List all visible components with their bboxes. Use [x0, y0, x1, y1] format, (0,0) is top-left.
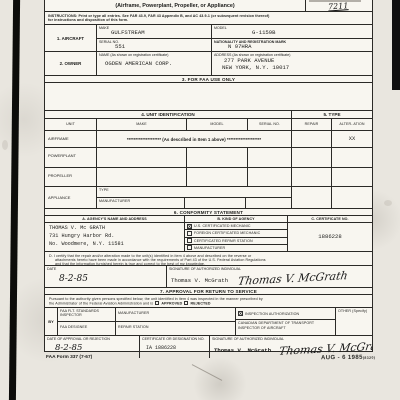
- scan-smudge: [2, 140, 8, 150]
- scan-scratch-mark: [192, 364, 222, 381]
- scan-black-bar-right: [392, 0, 400, 90]
- model-value: G-1159B: [252, 30, 372, 36]
- signature-script: Thomas V. McGrath: [237, 269, 349, 287]
- col-serial: SERIAL NO.: [248, 119, 292, 130]
- by-label: BY: [45, 308, 58, 335]
- section-4-header-row: 4. UNIT IDENTIFICATION 5. TYPE: [45, 111, 372, 119]
- by-repair-station: REPAIR STATION: [116, 322, 235, 335]
- aircraft-make-cell: MAKE GULFSTREAM: [97, 25, 212, 38]
- section-6-header: 6. CONFORMITY STATEMENT: [45, 209, 372, 216]
- office-id-handwritten: 7211: [328, 0, 372, 11]
- unit-columns-row: UNIT MAKE MODEL SERIAL NO. REPAIR ALTER-…: [45, 119, 372, 131]
- col-kind-of-agency: B. KIND OF AGENCY: [185, 216, 288, 222]
- kind-label: FOREIGN CERTIFICATED MECHANIC: [194, 231, 260, 235]
- registration-value: N 97HRA: [228, 44, 372, 50]
- by-faa-flt-standards: FAA FLT. STANDARDS INSPECTOR: [58, 308, 116, 321]
- owner-address-cell: ADDRESS (As shown on registration certif…: [212, 52, 372, 75]
- approval-cert-value: IA 1886228: [146, 345, 209, 351]
- airframe-repair-cell: [292, 131, 332, 147]
- certificate-no-value: 1886228: [318, 234, 342, 240]
- kind-manufacturer: MANUFACTURER: [185, 245, 287, 251]
- section-1-aircraft: 1. AIRCRAFT MAKE GULFSTREAM MODEL G-1159…: [45, 25, 372, 52]
- kind-label: U.S. CERTIFICATED MECHANIC: [194, 224, 251, 228]
- powerplant-label: POWERPLANT: [45, 148, 97, 167]
- propeller-serial-cell: [248, 168, 292, 186]
- appliance-alteration-cell: [332, 187, 372, 208]
- propeller-alteration-cell: [332, 168, 372, 186]
- rejected-checkbox: [184, 301, 188, 305]
- kind-foreign-certificated-mechanic: FOREIGN CERTIFICATED MECHANIC: [185, 230, 287, 237]
- scan-black-stripe-left: [9, 0, 20, 400]
- powerplant-model-cell: [187, 148, 248, 167]
- by-manufacturer: MANUFACTURER: [116, 308, 235, 321]
- by-other-specify: OTHER (Specify): [336, 308, 372, 335]
- kind-us-certificated-mechanic: X U.S. CERTIFICATED MECHANIC: [185, 223, 287, 230]
- kind-certificated-repair-station: CERTIFICATED REPAIR STATION: [185, 238, 287, 245]
- aircraft-section-label: 1. AIRCRAFT: [45, 25, 97, 51]
- conformity-d-statement: D. I certify that the repair and/or alte…: [45, 252, 372, 266]
- powerplant-repair-cell: [292, 148, 332, 167]
- approved-checkbox: [155, 301, 159, 305]
- unit-row-propeller: PROPELLER: [45, 168, 372, 187]
- appliance-label: APPLIANCE: [45, 187, 97, 208]
- airframe-span-text: ******************** (As described in It…: [97, 131, 292, 147]
- unit-identification-header: 4. UNIT IDENTIFICATION: [45, 111, 292, 118]
- approval-by-table: BY FAA FLT. STANDARDS INSPECTOR MANUFACT…: [45, 308, 372, 336]
- owner-name-cell: NAME (As shown on registration certifica…: [97, 52, 212, 75]
- kind-label: MANUFACTURER: [194, 246, 225, 250]
- owner-address-line2: NEW YORK, N.Y. 10017: [222, 65, 372, 71]
- kind-label: CERTIFICATED REPAIR STATION: [194, 239, 253, 243]
- conformity-date-cell: DATE 8-2-85: [45, 266, 167, 287]
- checkbox-foreign-mechanic: [187, 231, 192, 236]
- unit-row-appliance: APPLIANCE TYPE MANUFACTURER: [45, 187, 372, 209]
- instructions-row: INSTRUCTIONS: Print or type all entries.…: [45, 12, 372, 25]
- appliance-model-cell: [185, 198, 246, 208]
- approval-date-label: DATE OF APPROVAL OR REJECTION: [45, 336, 139, 341]
- appliance-serial-cell: [246, 198, 291, 208]
- col-unit: UNIT: [45, 119, 97, 130]
- pursuant-line2: the Administrator of the Federal Aviatio…: [49, 301, 368, 306]
- powerplant-serial-cell: [248, 148, 292, 167]
- propeller-repair-cell: [292, 168, 332, 186]
- approved-label: APPROVED: [161, 301, 182, 305]
- agency-address-1: 731 Hungry Harbor Rd.: [49, 233, 184, 239]
- inspection-authorization-checkbox: X: [238, 311, 243, 316]
- appliance-manufacturer-label: MANUFACTURER: [97, 198, 185, 208]
- conformity-date-handwritten: 8-2-85: [59, 274, 166, 284]
- col-alteration: ALTER- ATION: [332, 119, 372, 130]
- date-label: DATE: [45, 266, 166, 271]
- form-number: FAA Form 337 (7-67): [46, 355, 92, 360]
- col-repair: REPAIR: [292, 119, 332, 130]
- aircraft-registration-cell: NATIONALITY AND REGISTRATION MARK N 97HR…: [212, 39, 372, 52]
- faa-form-337: (Airframe, Powerplant, Propeller, or App…: [44, 0, 373, 352]
- approval-cert-label: CERTIFICATE OR DESIGNATION NO.: [140, 336, 209, 341]
- checkbox-repair-station: [187, 238, 192, 243]
- serial-value: 551: [115, 44, 211, 50]
- section-3-header: 3. FOR FAA USE ONLY: [45, 76, 372, 83]
- agency-name-address-cell: THOMAS V. Mc GRATH 731 Hungry Harbor Rd.…: [45, 223, 185, 251]
- signature-typed: Thomas V. McGrath: [171, 278, 228, 284]
- rejected-label: REJECTED: [191, 301, 211, 305]
- propeller-make-cell: [97, 168, 187, 186]
- by-inspection-authorization: INSPECTION AUTHORIZATION: [245, 312, 299, 316]
- owner-name-value: OGDEN AMERICAN CORP.: [105, 61, 211, 67]
- by-canadian-dot: CANADIAN DEPARTMENT OF TRANSPORT INSPECT…: [236, 320, 335, 335]
- unit-row-powerplant: POWERPLANT: [45, 148, 372, 168]
- owner-name-label: NAME (As shown on registration certifica…: [97, 52, 211, 57]
- by-faa-designee: FAA DESIGNEE: [58, 322, 116, 335]
- appliance-repair-cell: [292, 187, 332, 208]
- certificate-no-cell: 1886228: [288, 223, 372, 251]
- checkbox-us-mechanic: X: [187, 224, 192, 229]
- powerplant-make-cell: [97, 148, 187, 167]
- checkbox-manufacturer: [187, 245, 192, 250]
- conformity-date-signature-row: DATE 8-2-85 SIGNATURE OF AUTHORIZED INDI…: [45, 266, 372, 288]
- form-footer: FAA Form 337 (7-67) AUG - 6 1985(8320): [44, 352, 377, 363]
- col-model: MODEL: [187, 119, 248, 130]
- type-header: 5. TYPE: [292, 111, 372, 118]
- col-agency-name: A. AGENCY'S NAME AND ADDRESS: [45, 216, 185, 222]
- propeller-model-cell: [187, 168, 248, 186]
- conformity-body-row: THOMAS V. Mc GRATH 731 Hungry Harbor Rd.…: [45, 223, 372, 252]
- stamp-code-text: (8320): [362, 355, 375, 359]
- approval-pursuant-row: Pursuant to the authority given persons …: [45, 295, 372, 308]
- agency-address-2: No. Woodmere, N.Y. 11581: [49, 241, 184, 247]
- form-title-row: (Airframe, Powerplant, Propeller, or App…: [45, 0, 372, 12]
- instructions-line2: for instructions and disposition of this…: [48, 18, 369, 22]
- conformity-columns-row: A. AGENCY'S NAME AND ADDRESS B. KIND OF …: [45, 216, 372, 223]
- col-make: MAKE: [97, 119, 187, 130]
- col-certificate-no: C. CERTIFICATE NO.: [288, 216, 372, 222]
- owner-section-label: 2. OWNER: [45, 52, 97, 75]
- airframe-label: AIRFRAME: [45, 131, 97, 147]
- form-subtitle: (Airframe, Powerplant, Propeller, or App…: [45, 0, 306, 11]
- propeller-label: PROPELLER: [45, 168, 97, 186]
- faa-use-only-empty-area: [45, 83, 372, 111]
- section-2-owner: 2. OWNER NAME (As shown on registration …: [45, 52, 372, 76]
- kind-of-agency-cell: X U.S. CERTIFICATED MECHANIC FOREIGN CER…: [185, 223, 288, 251]
- section-7-header: 7. APPROVAL FOR RETURN TO SERVICE: [45, 288, 372, 295]
- unit-row-airframe: AIRFRAME ******************** (As descri…: [45, 131, 372, 148]
- aircraft-serial-cell: SERIAL NO. 551: [97, 39, 212, 52]
- scan-smudge: [384, 200, 392, 206]
- aircraft-model-cell: MODEL G-1159B: [212, 25, 372, 38]
- pursuant-line2-text: the Administrator of the Federal Aviatio…: [49, 301, 153, 305]
- office-identification-box: 7211: [306, 0, 372, 11]
- stamp-date-text: AUG - 6 1985: [321, 354, 363, 360]
- agency-name: THOMAS V. Mc GRATH: [49, 225, 184, 231]
- received-date-stamp: AUG - 6 1985(8320): [321, 354, 375, 360]
- appliance-type-label: TYPE: [97, 187, 185, 197]
- make-value: GULFSTREAM: [111, 30, 211, 36]
- airframe-alteration-mark: XX: [332, 131, 372, 147]
- conformity-signature-cell: SIGNATURE OF AUTHORIZED INDIVIDUAL Thoma…: [167, 266, 372, 287]
- powerplant-alteration-cell: [332, 148, 372, 167]
